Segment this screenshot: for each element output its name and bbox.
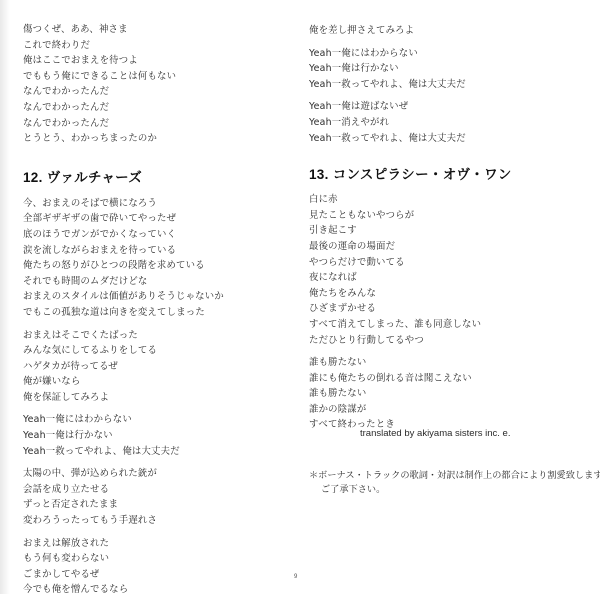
lyric-line: 涙を流しながらおまえを待っている [23, 243, 293, 259]
lyric-line: ごまかしてやるぜ [23, 567, 293, 583]
lyric-line: 変わろうったってもう手遅れさ [23, 513, 293, 529]
lyric-line: 俺を差し押さえてみろよ [309, 23, 589, 39]
continued-stanza-3: Yeah一俺は遊ばないぜ Yeah一消えやがれ Yeah一救ってやれよ、俺は大丈… [309, 99, 589, 146]
song12-stanza-4: 太陽の中、弾が込められた銃が 会話を成り立たせる ずっと否定されたまま 変わろう… [23, 466, 293, 528]
lyric-line: これで終わりだ [23, 38, 293, 54]
lyric-line: ずっと否定されたまま [23, 497, 293, 513]
lyric-line: もう何も変わらない [23, 551, 293, 567]
lyric-line: おまえはそこでくたばった [23, 328, 293, 344]
lyric-line: 太陽の中、弾が込められた銃が [23, 466, 293, 482]
lyric-line: Yeah一救ってやれよ、俺は大丈夫だ [309, 77, 589, 93]
lyric-line: Yeah一消えやがれ [309, 115, 589, 131]
lyric-line: 俺たちの怒りがひとつの段階を求めている [23, 258, 293, 274]
page-number: 9 [294, 574, 297, 580]
lyric-line: Yeah一救ってやれよ、俺は大丈夫だ [23, 444, 293, 460]
lyric-line: それでも時間のムダだけどな [23, 274, 293, 290]
lyric-line: 今、おまえのそばで横になろう [23, 196, 293, 212]
translator-credit: translated by akiyama sisters inc. e. [360, 428, 510, 439]
song13-stanza-2: 誰も勝たない 誰にも俺たちの倒れる音は聞こえない 誰も勝たない 誰かの陰謀が す… [309, 355, 589, 433]
song12-stanza-5: おまえは解放された もう何も変わらない ごまかしてやるぜ 今でも俺を憎んでるなら [23, 536, 293, 594]
lyric-line: なんでわかったんだ [23, 84, 293, 100]
song-title-13: 13. コンスピラシー・オヴ・ワン [309, 163, 589, 183]
lyric-line: 最後の運命の場面だ [309, 239, 589, 255]
lyric-line: Yeah一俺にはわからない [309, 46, 589, 62]
lyric-line: 見たこともないやつらが [309, 208, 589, 224]
continued-stanza-1: 俺を差し押さえてみろよ [309, 23, 589, 39]
lyric-line: 誰にも俺たちの倒れる音は聞こえない [309, 371, 589, 387]
lyric-line: Yeah一救ってやれよ、俺は大丈夫だ [309, 131, 589, 147]
lyric-line: ハゲタカが待ってるぜ [23, 359, 293, 375]
lyric-line: でもこの孤独な道は向きを変えてしまった [23, 305, 293, 321]
lyric-line: 俺が嫌いなら [23, 374, 293, 390]
continued-stanza-2: Yeah一俺にはわからない Yeah一俺は行かない Yeah一救ってやれよ、俺は… [309, 46, 589, 93]
lyric-line: なんでわかったんだ [23, 100, 293, 116]
song12-stanza-1: 今、おまえのそばで横になろう 全部ギザギザの歯で砕いてやったぜ 底のほうでガンが… [23, 196, 293, 321]
lyric-line: 誰も勝たない [309, 386, 589, 402]
intro-stanza: 傷つくぜ、ああ、神さま これで終わりだ 俺はここでおまえを待つよ でももう俺にで… [23, 22, 293, 147]
lyric-line: なんでわかったんだ [23, 116, 293, 132]
lyric-line: とうとう、わかっちまったのか [23, 131, 293, 147]
lyric-line: 誰かの陰謀が [309, 402, 589, 418]
lyric-line: おまえは解放された [23, 536, 293, 552]
lyric-line: Yeah一俺は行かない [23, 428, 293, 444]
lyric-line: おまえのスタイルは価値がありそうじゃないか [23, 289, 293, 305]
song12-stanza-2: おまえはそこでくたばった みんな気にしてるふりをしてる ハゲタカが待ってるぜ 俺… [23, 328, 293, 406]
lyric-line: みんな気にしてるふりをしてる [23, 343, 293, 359]
binding-shadow [0, 0, 10, 594]
lyric-line: 底のほうでガンがでかくなっていく [23, 227, 293, 243]
song12-stanza-3: Yeah一俺にはわからない Yeah一俺は行かない Yeah一救ってやれよ、俺は… [23, 412, 293, 459]
lyric-line: 今でも俺を憎んでるなら [23, 582, 293, 594]
lyric-line: 俺たちをみんな [309, 286, 589, 302]
lyric-line: 会話を成り立たせる [23, 482, 293, 498]
lyric-line: ひざまずかせる [309, 301, 589, 317]
lyric-line: でももう俺にできることは何もない [23, 69, 293, 85]
lyric-line: すべて消えてしまった、誰も同意しない [309, 317, 589, 333]
lyric-line: 夜になれば [309, 270, 589, 286]
lyric-line: やつらだけで動いてる [309, 255, 589, 271]
lyric-line: Yeah一俺は遊ばないぜ [309, 99, 589, 115]
bonus-track-note: ＊ボーナス・トラックの歌詞・対訳は制作上の都合により割愛致します。 ご了承下さい… [309, 469, 600, 497]
lyric-line: 俺を保証してみろよ [23, 390, 293, 406]
lyric-line: Yeah一俺は行かない [309, 61, 589, 77]
note-line: ご了承下さい。 [309, 483, 600, 497]
lyric-line: 俺はここでおまえを待つよ [23, 53, 293, 69]
lyrics-page: 傷つくぜ、ああ、神さま これで終わりだ 俺はここでおまえを待つよ でももう俺にで… [0, 0, 600, 594]
song-title-12: 12. ヴァルチャーズ [23, 166, 293, 186]
lyric-line: ただひとり行動してるやつ [309, 333, 589, 349]
lyric-line: 全部ギザギザの歯で砕いてやったぜ [23, 211, 293, 227]
lyric-line: Yeah一俺にはわからない [23, 412, 293, 428]
right-column: 俺を差し押さえてみろよ Yeah一俺にはわからない Yeah一俺は行かない Ye… [309, 23, 589, 433]
note-line: ＊ボーナス・トラックの歌詞・対訳は制作上の都合により割愛致します。 [309, 469, 600, 483]
lyric-line: 傷つくぜ、ああ、神さま [23, 22, 293, 38]
song13-stanza-1: 白に赤 見たこともないやつらが 引き起こす 最後の運命の場面だ やつらだけで動い… [309, 192, 589, 348]
lyric-line: 白に赤 [309, 192, 589, 208]
lyric-line: 誰も勝たない [309, 355, 589, 371]
lyric-line: 引き起こす [309, 223, 589, 239]
left-column: 傷つくぜ、ああ、神さま これで終わりだ 俺はここでおまえを待つよ でももう俺にで… [23, 22, 293, 594]
